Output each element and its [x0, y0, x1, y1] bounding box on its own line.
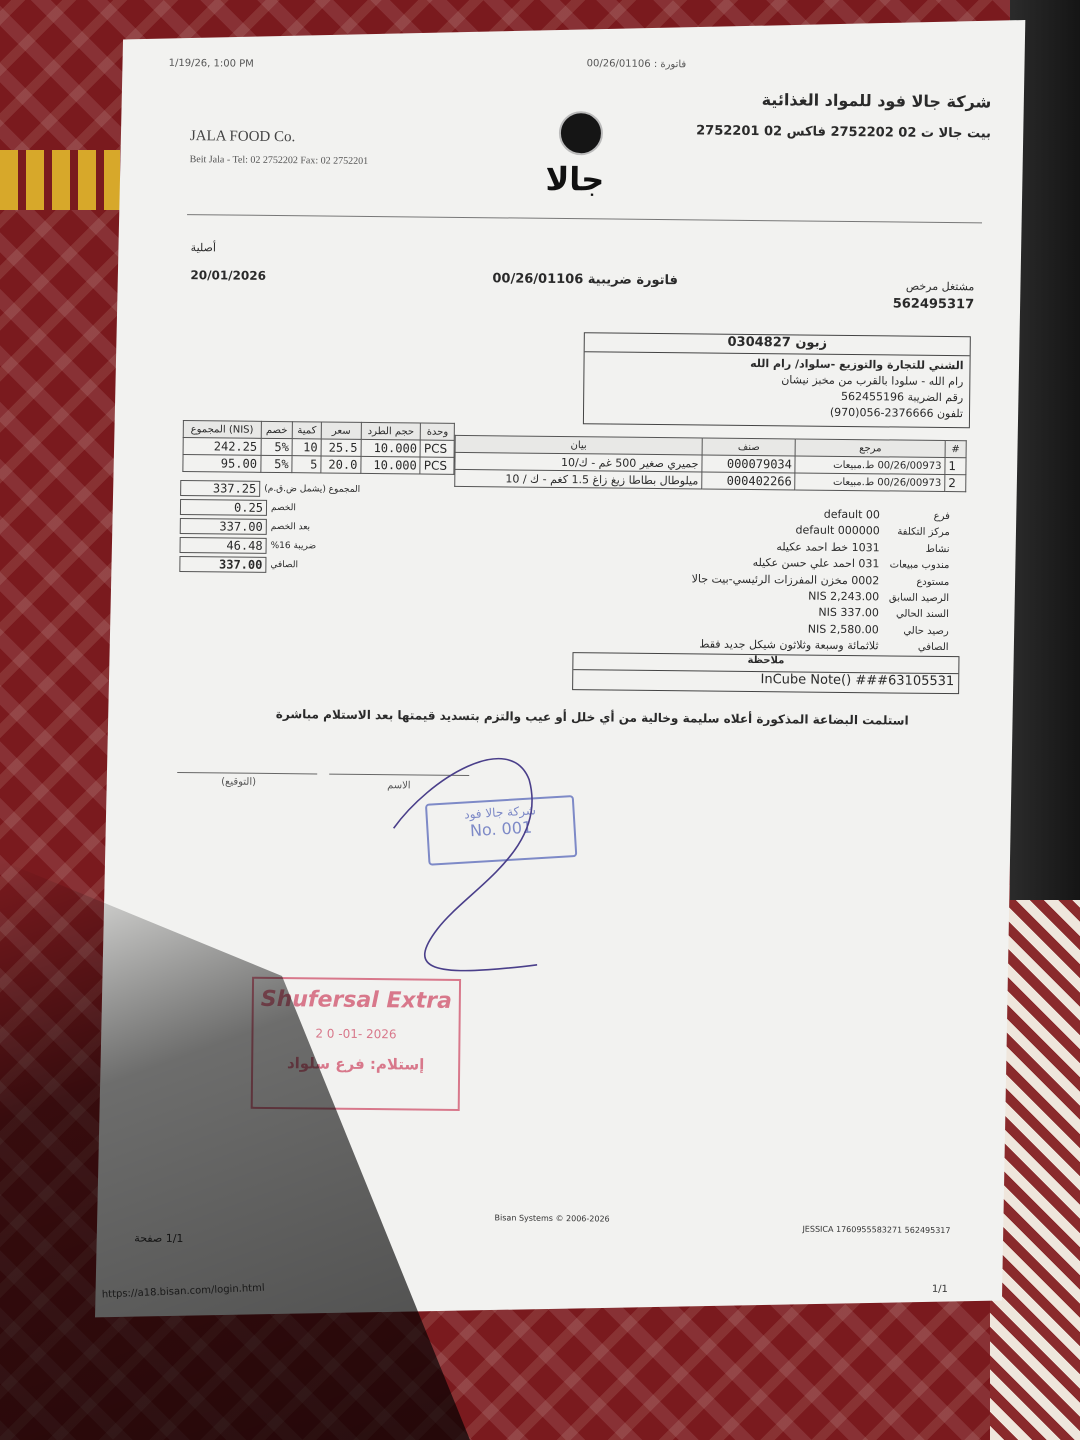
totals-value: 0.25: [180, 499, 267, 516]
totals-row: 46.48ضريبة 16%: [180, 535, 360, 556]
totals-row: 0.25الخصم: [180, 497, 360, 518]
customer-box: زبون 0304827 الشني للتجارة والتوزيع -سلو…: [583, 332, 971, 428]
row-discount: 5%: [261, 438, 293, 455]
detail-label: فرع: [880, 508, 950, 524]
copy-label: أصلية: [191, 241, 216, 254]
detail-value: default 00: [824, 508, 880, 522]
totals-label: بعد الخصم: [267, 521, 310, 531]
row-reference: 00/26/00973 ط.مبيعات: [795, 473, 945, 492]
licensed-dealer-number: 562495317: [893, 296, 975, 312]
row-total: 95.00: [183, 455, 261, 473]
row-index: 1: [945, 458, 966, 475]
items-table-right: بيان صنف مرجع # جميري صغير 500 غم - ك/10…: [454, 435, 967, 492]
customer-phone: تلفون 2376666-056(970): [590, 402, 963, 422]
col-reference: مرجع: [796, 439, 946, 458]
acknowledgement-text: استلمت البضاعة المذكورة أعلاه سليمة وخال…: [276, 707, 909, 728]
detail-value: 0002 مخزن المفرزات الرئيسي-بيت جالا: [692, 572, 880, 587]
col-quantity: كمية: [292, 422, 321, 439]
header-divider: [187, 214, 982, 223]
totals-table: 337.25المجموع (يشمل ض.ق.م)0.25الخصم337.0…: [179, 478, 360, 575]
invoice-ref-top: فاتورة : 00/26/01106: [587, 58, 687, 70]
row-item-code: 000402266: [702, 472, 796, 490]
brand-circle-icon: [559, 111, 603, 155]
detail-label: نشاط: [880, 541, 950, 557]
col-unit: وحدة: [421, 423, 455, 440]
totals-label: الصافي: [266, 559, 298, 569]
detail-label: مركز التكلفة: [880, 525, 950, 541]
handwritten-signature-icon: [387, 738, 540, 990]
totals-value: 337.25: [180, 480, 260, 497]
company-logo-text: جالا: [545, 160, 604, 199]
detail-value: 2,580.00 NIS: [808, 622, 879, 636]
row-quantity: 10: [292, 439, 321, 456]
row-pack-size: 10.000: [361, 439, 421, 457]
signature-line: [177, 772, 317, 774]
row-price: 20.0: [321, 456, 361, 473]
notes-text: InCube Note() ###63105531: [573, 670, 958, 689]
row-reference: 00/26/00973 ط.مبيعات: [795, 456, 945, 475]
row-quantity: 5: [292, 456, 321, 473]
company-name-en: JALA FOOD Co.: [190, 128, 296, 146]
detail-value: 1031 خط احمد عكيله: [776, 540, 879, 554]
invoice-details: فرعdefault 00مركز التكلفةdefault 000000ن…: [691, 505, 950, 655]
invoice-title: فاتورة ضريبية 00/26/01106: [492, 271, 678, 288]
company-name-ar: شركة جالا فود للمواد الغذائية: [762, 90, 992, 111]
invoice-date: 20/01/2026: [190, 268, 266, 283]
table-row: 95.00 5% 5 20.0 10.000 PCS: [183, 455, 454, 475]
page-number: 1/1: [932, 1284, 948, 1295]
company-address-ar: بيت جالا ت 02 2752202 فاكس 02 2752201: [696, 123, 991, 141]
row-unit: PCS: [420, 457, 454, 474]
totals-label: المجموع (يشمل ض.ق.م): [260, 483, 360, 494]
totals-row: 337.25المجموع (يشمل ض.ق.م): [180, 478, 360, 499]
row-total: 242.25: [183, 438, 261, 456]
detail-label: السند الحالي: [879, 607, 949, 623]
col-item-code: صنف: [702, 438, 796, 456]
licensed-dealer-label: مشتغل مرخص: [906, 280, 975, 294]
totals-value: 337.00: [180, 518, 267, 535]
company-address-en: Beit Jala - Tel: 02 2752202 Fax: 02 2752…: [190, 154, 369, 167]
totals-label: الخصم: [267, 502, 296, 512]
col-total: المجموع (NIS): [183, 421, 261, 439]
detail-value: 031 احمد علي حسن عكيله: [753, 556, 880, 570]
col-pack-size: حجم الطرد: [361, 422, 421, 440]
detail-label: مندوب مبيعات: [879, 558, 949, 574]
detail-label: الرصيد السابق: [879, 590, 949, 606]
detail-value: default 000000: [796, 524, 880, 538]
detail-row: مستودع0002 مخزن المفرزات الرئيسي-بيت جال…: [692, 571, 950, 590]
items-table-left: المجموع (NIS) خصم كمية سعر حجم الطرد وحد…: [182, 420, 455, 475]
notes-box: ملاحظة InCube Note() ###63105531: [572, 652, 959, 694]
totals-value: 337.00: [179, 556, 266, 573]
row-discount: 5%: [260, 455, 292, 472]
detail-value: 337.00 NIS: [818, 606, 879, 620]
row-item-code: 000079034: [702, 455, 796, 473]
detail-label: مستودع: [879, 574, 949, 590]
row-index: 2: [945, 475, 966, 492]
row-price: 25.5: [321, 439, 361, 456]
detail-label: رصيد حالي: [879, 623, 949, 639]
totals-row: 337.00بعد الخصم: [180, 516, 360, 537]
row-description: ميلوطال بطاطا زيغ زاغ 1.5 كغم - ك / 10: [455, 469, 702, 489]
totals-row: 337.00الصافي: [179, 554, 359, 575]
totals-value: 46.48: [180, 537, 267, 554]
detail-value: ثلاثمائة وسبعة وثلاثون شيكل جديد فقط: [699, 638, 878, 653]
detail-value: 2,243.00 NIS: [808, 590, 879, 604]
software-credit: Bisan Systems © 2006-2026: [495, 1213, 610, 1223]
col-index: #: [945, 441, 966, 458]
print-timestamp: 1/19/26, 1:00 PM: [169, 58, 254, 70]
signature-label: (التوقيع): [221, 776, 256, 787]
detail-label: الصافي: [878, 640, 948, 656]
row-unit: PCS: [420, 440, 454, 457]
col-discount: خصم: [261, 421, 293, 438]
row-pack-size: 10.000: [361, 456, 421, 474]
totals-label: ضريبة 16%: [267, 540, 317, 551]
user-code: JESSICA 1760955583271 562495317: [802, 1225, 950, 1236]
col-price: سعر: [321, 422, 361, 439]
